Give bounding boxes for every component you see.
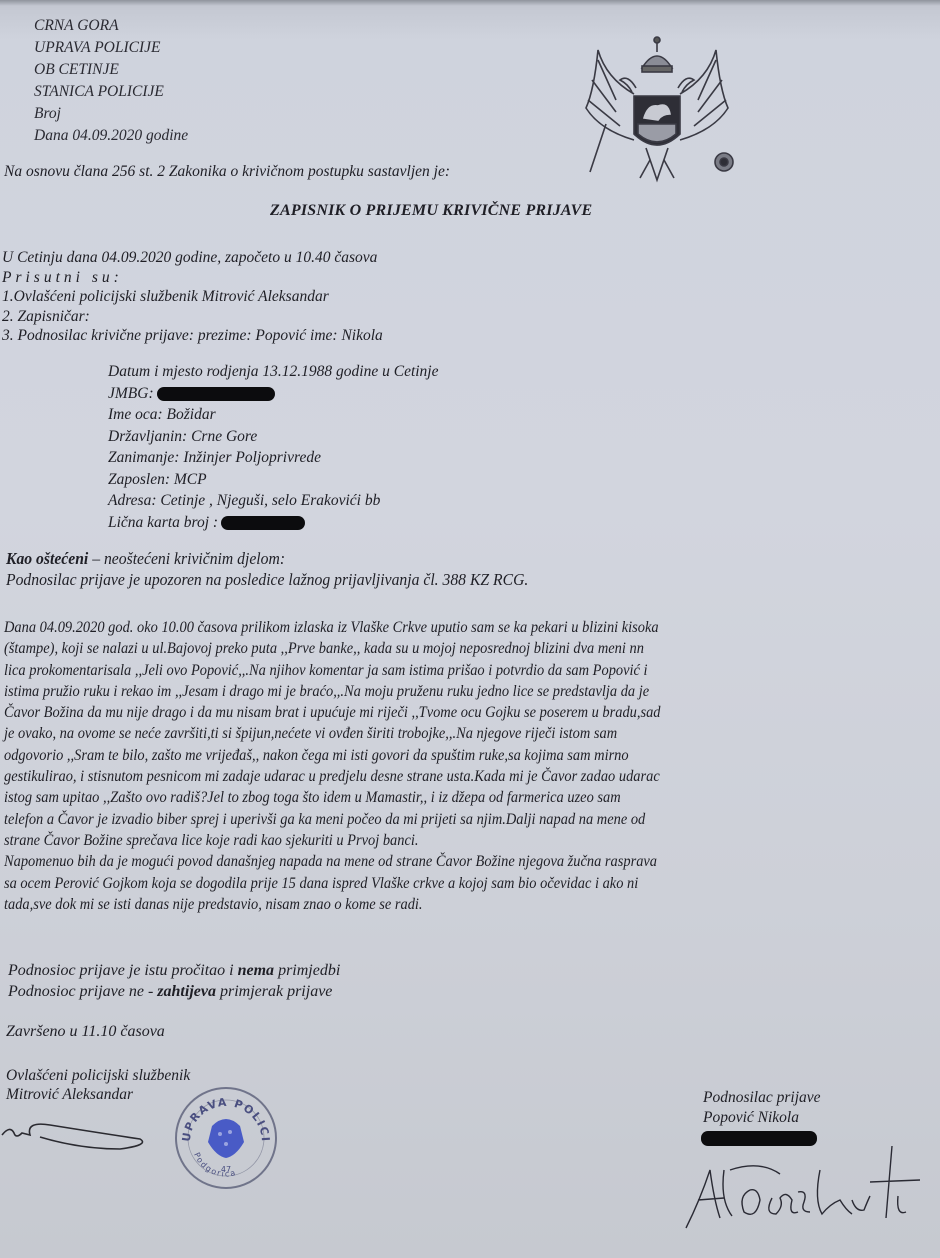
applicant-name: Popović Nikola <box>703 1108 821 1128</box>
citizenship: Državljanin: Crne Gore <box>108 426 439 448</box>
legal-basis: Na osnovu člana 256 st. 2 Zakonika o kri… <box>4 163 450 181</box>
address: Adresa: Cetinje , Njeguši, selo Eraković… <box>108 490 439 512</box>
father-name: Ime oca: Božidar <box>108 404 439 426</box>
read-statement: Podnosioc prijave je istu pročitao i nem… <box>8 960 340 981</box>
narrative-line: gestikulirao, i stisnutom pesnicom mi za… <box>4 766 929 787</box>
letterhead-date: Dana 04.09.2020 godine <box>34 125 188 147</box>
narrative-line: (štampe), koji se nalazi u ul.Bajovoj pr… <box>4 638 929 659</box>
victim-line: Kao oštećeni – neoštećeni krivičnim djel… <box>6 548 528 569</box>
letterhead: CRNA GORA UPRAVA POLICIJE OB CETINJE STA… <box>34 15 188 147</box>
victim-bold: Kao oštećeni <box>6 549 88 568</box>
narrative-line: istog sam upitao ,,Zašto ovo radiš?Jel t… <box>4 787 929 808</box>
seal-number: 47 <box>221 1165 231 1174</box>
officer-signature-block: Ovlašćeni policijski službenik Mitrović … <box>6 1066 190 1104</box>
narrative-line: sa ocem Perović Gojkom koja se dogodila … <box>4 873 929 894</box>
employer: Zaposlen: MCP <box>108 469 439 491</box>
letterhead-line: STANICA POLICIJE <box>34 81 188 103</box>
jmbg-row: JMBG: <box>108 383 439 405</box>
closing-statements: Podnosioc prijave je istu pročitao i nem… <box>8 960 340 1002</box>
copy-bold: zahtijeva <box>157 983 216 1000</box>
victim-section: Kao oštećeni – neoštećeni krivičnim djel… <box>6 548 528 590</box>
narrative-line: Čavor Božina da mu nije drago i da mu ni… <box>4 702 929 723</box>
record-meta: U Cetinju dana 04.09.2020 godine, započe… <box>2 248 383 346</box>
letterhead-line: UPRAVA POLICIJE <box>34 37 188 59</box>
narrative-line: telefon a Čavor je izvadio biber sprej i… <box>4 809 929 830</box>
read-suffix: primjedbi <box>274 962 340 979</box>
copy-prefix: Podnosioc prijave ne - <box>8 983 157 1000</box>
letterhead-line: OB CETINJE <box>34 59 188 81</box>
present-item-applicant: 3. Podnosilac krivične prijave: prezime:… <box>2 326 383 346</box>
redacted-id-card <box>221 516 305 530</box>
applicant-details: Datum i mjesto rodjenja 13.12.1988 godin… <box>108 361 439 533</box>
copy-suffix: primjerak prijave <box>216 983 332 1000</box>
copy-statement: Podnosioc prijave ne - zahtijeva primjer… <box>8 981 340 1002</box>
redacted-jmbg <box>157 387 275 401</box>
present-item-recorder: 2. Zapisničar: <box>2 307 383 327</box>
read-prefix: Podnosioc prijave je istu pročitao i <box>8 962 238 979</box>
narrative-line: istima pružio ruku i rekao im ,,Jesam i … <box>4 681 929 702</box>
letterhead-line: CRNA GORA <box>34 15 188 37</box>
narrative-line: odgovorio ,,Sram te bilo, zašto me vrije… <box>4 745 929 766</box>
document-page: CRNA GORA UPRAVA POLICIJE OB CETINJE STA… <box>0 0 940 1258</box>
document-title: ZAPISNIK O PRIJEMU KRIVIČNE PRIJAVE <box>270 202 592 220</box>
narrative-line: je ovako, na ovome se neće završiti,ti s… <box>4 723 929 744</box>
id-card-row: Lična karta broj : <box>108 512 439 534</box>
occupation: Zanimanje: Inžinjer Poljoprivrede <box>108 447 439 469</box>
applicant-signature-icon <box>680 1140 925 1235</box>
warning-line: Podnosilac prijave je upozoren na posled… <box>6 569 528 590</box>
present-item-officer: 1.Ovlašćeni policijski službenik Mitrovi… <box>2 287 383 307</box>
letterhead-line: Broj <box>34 103 188 125</box>
id-card-label: Lična karta broj : <box>108 514 218 531</box>
narrative-line: lica prokomentarisala ,,Jeli ovo Popović… <box>4 660 929 681</box>
officer-name: Mitrović Aleksandar <box>6 1085 190 1104</box>
applicant-signature-block: Podnosilac prijave Popović Nikola <box>703 1088 821 1148</box>
coat-of-arms-icon <box>576 30 738 200</box>
narrative-line: strane Čavor Božine sprečava lice koje r… <box>4 830 929 851</box>
police-seal-icon: UPRAVA POLICIJE Podgorica 47 <box>172 1084 280 1192</box>
officer-title: Ovlašćeni policijski službenik <box>6 1066 190 1085</box>
opened-line: U Cetinju dana 04.09.2020 godine, započe… <box>2 248 383 268</box>
officer-signature-icon <box>0 1115 150 1155</box>
narrative-line: Napomenuo bih da je mogući povod današnj… <box>4 851 929 872</box>
victim-rest: – neoštećeni krivičnim djelom: <box>88 549 285 568</box>
present-label: Prisutni su: <box>2 268 383 288</box>
birth-info: Datum i mjesto rodjenja 13.12.1988 godin… <box>108 361 439 383</box>
read-bold: nema <box>238 962 274 979</box>
statement-narrative: Dana 04.09.2020 god. oko 10.00 časova pr… <box>4 617 929 915</box>
applicant-title: Podnosilac prijave <box>703 1088 821 1108</box>
narrative-line: tada,sve dok mi se isti danas nije preds… <box>4 894 929 915</box>
finished-time: Završeno u 11.10 časova <box>6 1023 165 1041</box>
jmbg-label: JMBG: <box>108 385 154 402</box>
narrative-line: Dana 04.09.2020 god. oko 10.00 časova pr… <box>4 617 929 638</box>
